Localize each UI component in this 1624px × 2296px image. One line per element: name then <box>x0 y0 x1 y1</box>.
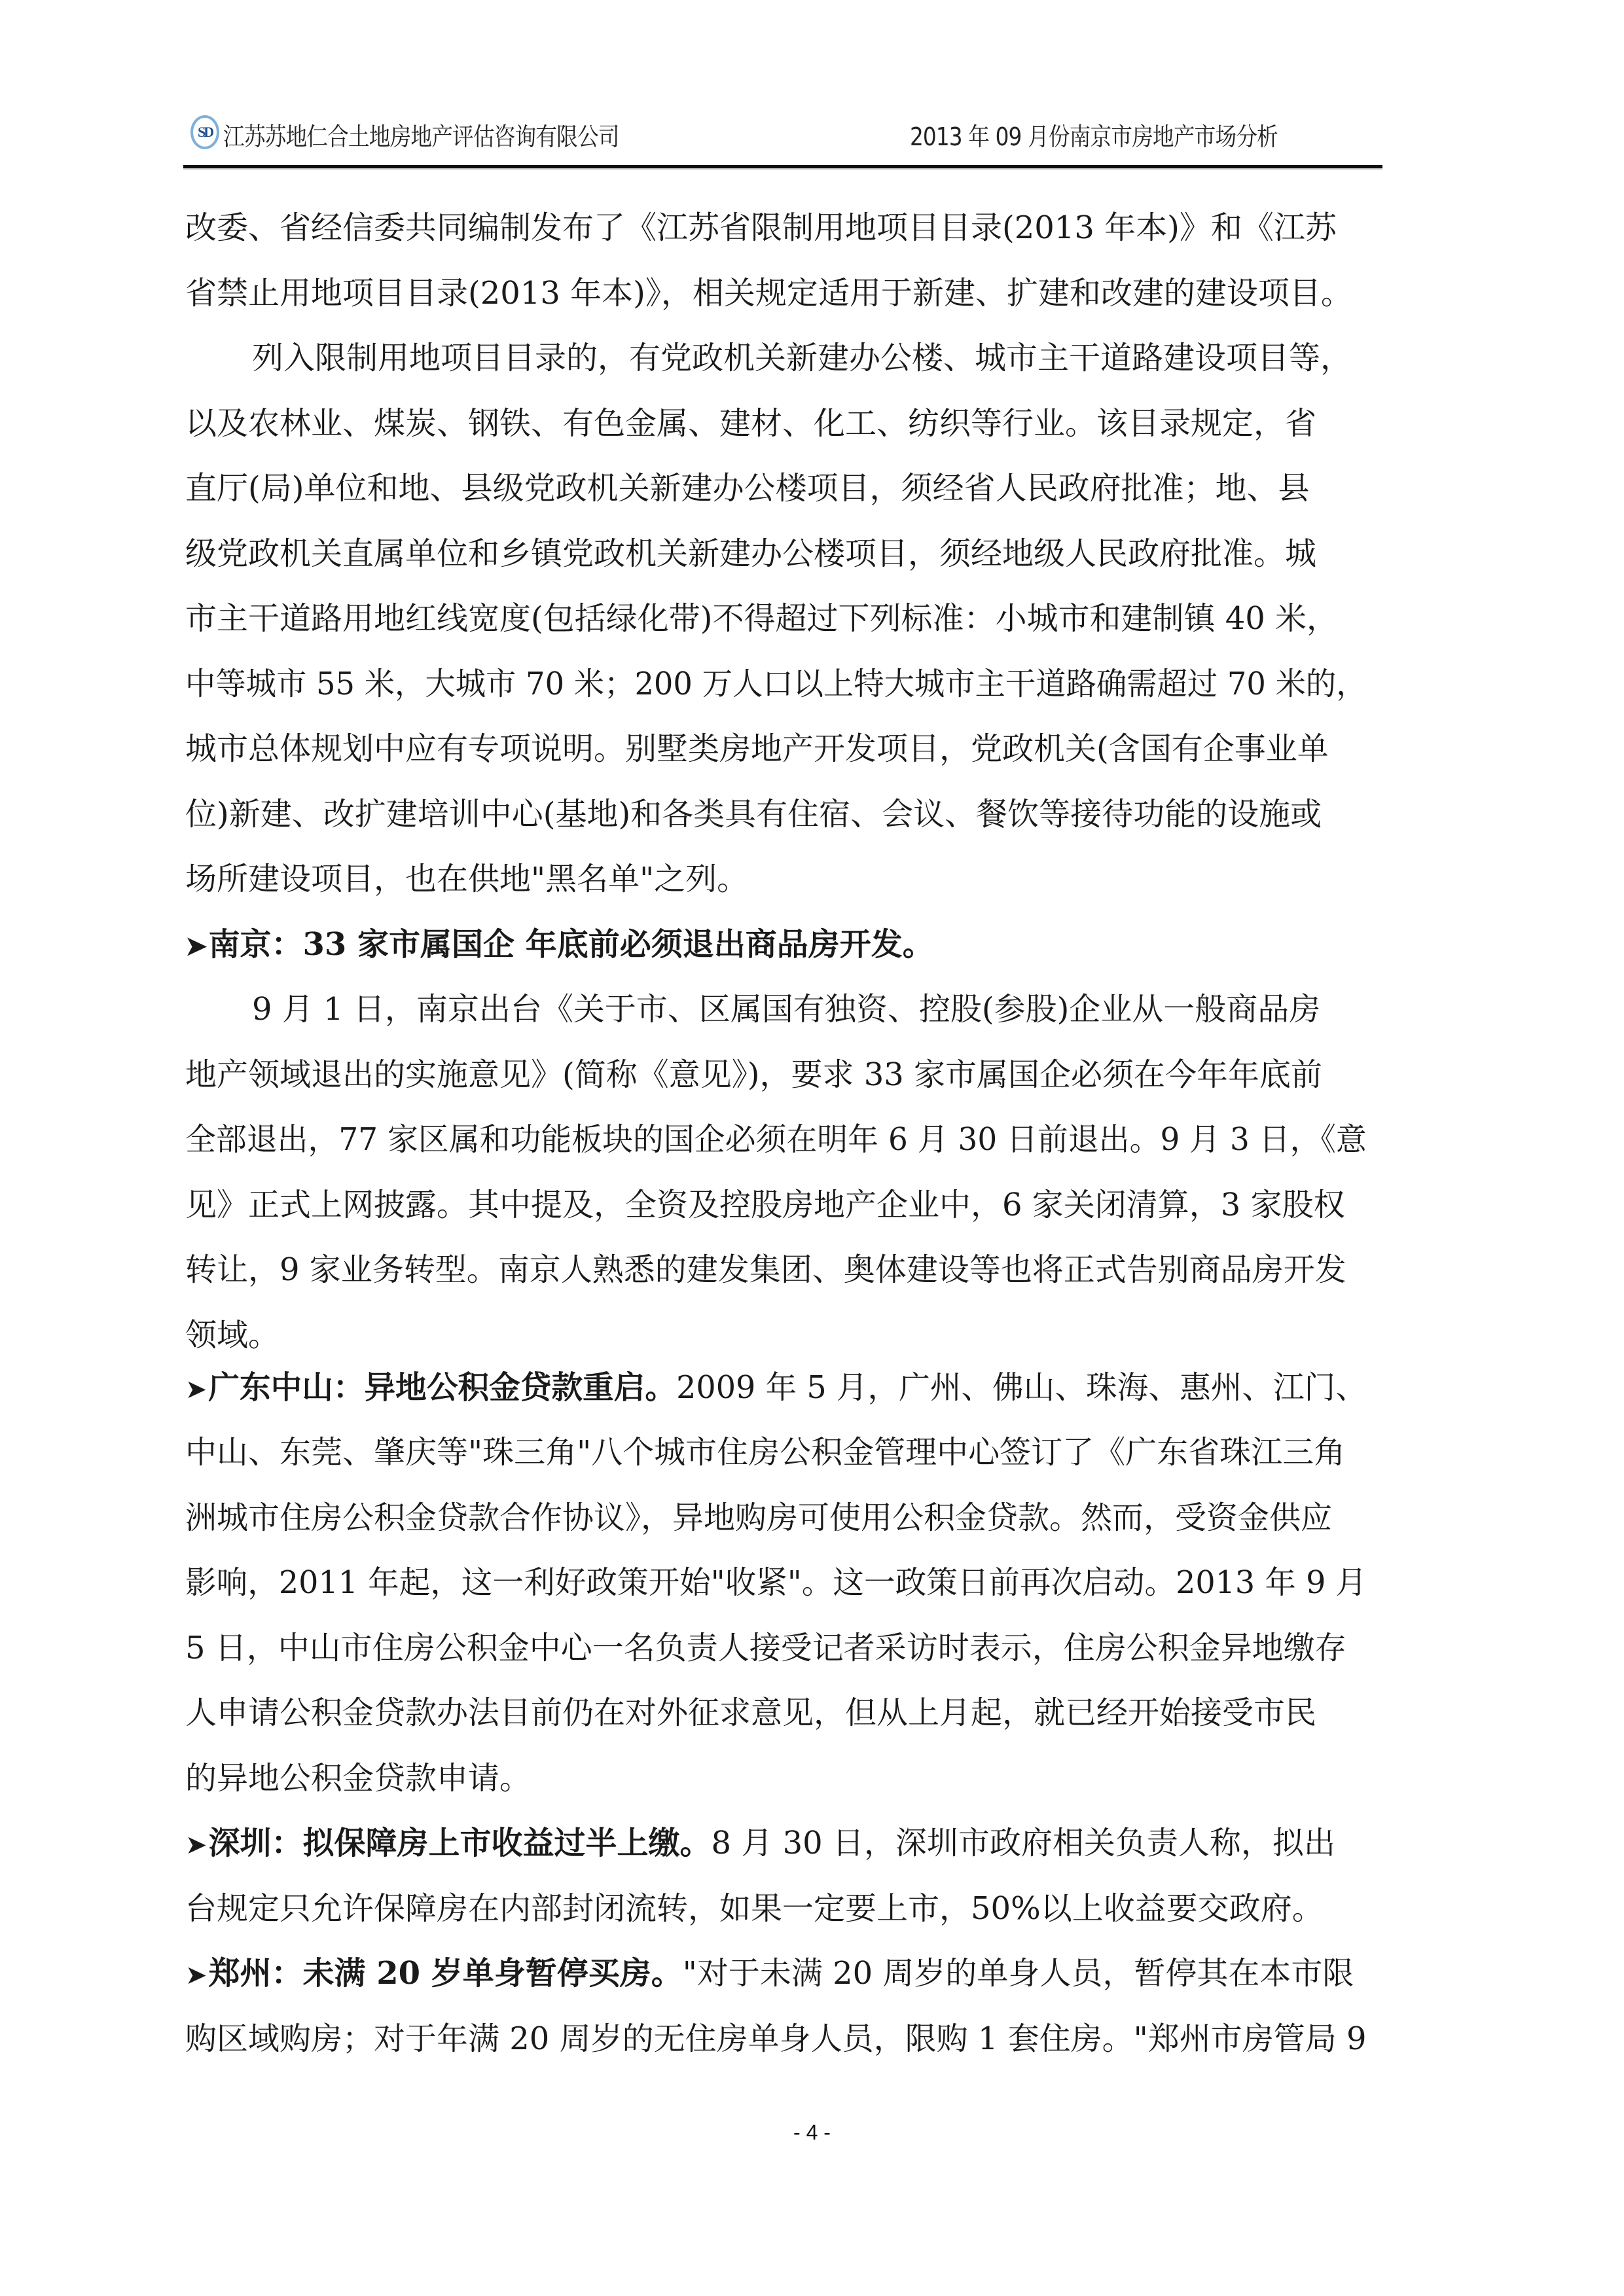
page-header: SD 江苏苏地仁合土地房地产评估咨询有限公司 2013 年 09 月份南京市房地… <box>185 110 1383 156</box>
page-number: - 4 - <box>0 2121 1624 2145</box>
body-line: 位)新建、改扩建培训中心(基地)和各类具有住宿、会议、餐饮等接待功能的设施或 <box>185 791 1367 856</box>
body-line: 人申请公积金贷款办法目前仍在对外征求意见，但从上月起，就已经开始接受市民 <box>185 1689 1367 1755</box>
section-heading-zhengzhou: ➤郑州：未满 20 岁单身暂停买房。"对于未满 20 周岁的单身人员，暂停其在本… <box>185 1950 1367 2015</box>
body-line: 台规定只允许保障房在内部封闭流转，如果一定要上市，50%以上收益要交政府。 <box>185 1885 1367 1950</box>
section-heading-zhongshan: ➤广东中山：异地公积金贷款重启。2009 年 5 月，广州、佛山、珠海、惠州、江… <box>185 1364 1358 1429</box>
body-line: 改委、省经信委共同编制发布了《江苏省限制用地项目目录(2013 年本)》和《江苏 <box>185 204 1367 270</box>
heading-rest: 8 月 30 日，深圳市政府相关负责人称，拟出 <box>712 1825 1335 1861</box>
report-title: 2013 年 09 月份南京市房地产市场分析 <box>910 117 1278 152</box>
heading-text: 广东中山：异地公积金贷款重启。 <box>208 1369 676 1406</box>
heading-rest: 2009 年 5 月，广州、佛山、珠海、惠州、江门、 <box>676 1369 1367 1406</box>
body-line: 9 月 1 日，南京出台《关于市、区属国有独资、控股(参股)企业从一般商品房 <box>185 986 1367 1051</box>
body-line: 级党政机关直属单位和乡镇党政机关新建办公楼项目，须经地级人民政府批准。城 <box>185 530 1367 596</box>
body-line: 洲城市住房公积金贷款合作协议》，异地购房可使用公积金贷款。然而，受资金供应 <box>185 1494 1367 1560</box>
arrow-bullet-icon: ➤ <box>185 1952 208 1999</box>
section-heading-nanjing: ➤南京：33 家市属国企 年底前必须退出商品房开发。 <box>185 921 1367 986</box>
company-logo-icon: SD <box>190 115 219 149</box>
body-line: 领域。 <box>185 1312 1367 1364</box>
body-line: 见》正式上网披露。其中提及，全资及控股房地产企业中，6 家关闭清算，3 家股权 <box>185 1181 1367 1247</box>
heading-rest: "对于未满 20 周岁的单身人员，暂停其在本市限 <box>683 1955 1354 1992</box>
body-line: 城市总体规划中应有专项说明。别墅类房地产开发项目，党政机关(含国有企事业单 <box>185 725 1367 791</box>
body-line: 市主干道路用地红线宽度(包括绿化带)不得超过下列标准：小城市和建制镇 40 米， <box>185 595 1367 660</box>
arrow-bullet-icon: ➤ <box>185 1366 207 1413</box>
body-line: 5 日，中山市住房公积金中心一名负责人接受记者采访时表示，住房公积金异地缴存 <box>185 1624 1367 1690</box>
body-line: 列入限制用地项目目录的，有党政机关新建办公楼、城市主干道路建设项目等， <box>185 334 1367 400</box>
body-line: 地产领域退出的实施意见》(简称《意见》)，要求 33 家市属国企必须在今年年底前 <box>185 1051 1367 1117</box>
arrow-bullet-icon: ➤ <box>185 1821 208 1869</box>
body-line: 以及农林业、煤炭、钢铁、有色金属、建材、化工、纺织等行业。该目录规定，省 <box>185 400 1367 465</box>
header-divider <box>183 165 1382 170</box>
company-name: 江苏苏地仁合土地房地产评估咨询有限公司 <box>223 117 619 152</box>
body-line: 中等城市 55 米，大城市 70 米；200 万人口以上特大城市主干道路确需超过… <box>185 660 1326 726</box>
section-heading-shenzhen: ➤深圳：拟保障房上市收益过半上缴。8 月 30 日，深圳市政府相关负责人称，拟出 <box>185 1820 1367 1885</box>
body-line: 直厅(局)单位和地、县级党政机关新建办公楼项目，须经省人民政府批准；地、县 <box>185 465 1367 530</box>
body-line: 中山、东莞、肇庆等"珠三角"八个城市住房公积金管理中心签订了《广东省珠江三角 <box>185 1429 1367 1494</box>
heading-text: 深圳：拟保障房上市收益过半上缴。 <box>209 1825 712 1861</box>
heading-text: 南京：33 家市属国企 年底前必须退出商品房开发。 <box>209 926 934 963</box>
body-line: 购区域购房；对于年满 20 周岁的无住房单身人员，限购 1 套住房。"郑州市房管… <box>185 2015 1367 2081</box>
body-line: 转让，9 家业务转型。南京人熟悉的建发集团、奥体建设等也将正式告别商品房开发 <box>185 1246 1367 1312</box>
arrow-bullet-icon: ➤ <box>185 923 208 970</box>
heading-text: 郑州：未满 20 岁单身暂停买房。 <box>209 1955 683 1992</box>
body-line: 省禁止用地项目目录(2013 年本)》，相关规定适用于新建、扩建和改建的建设项目… <box>185 270 1367 335</box>
document-body: 改委、省经信委共同编制发布了《江苏省限制用地项目目录(2013 年本)》和《江苏… <box>185 204 1367 2080</box>
body-line: 全部退出，77 家区属和功能板块的国企必须在明年 6 月 30 日前退出。9 月… <box>185 1116 1339 1181</box>
body-line: 的异地公积金贷款申请。 <box>185 1755 1367 1820</box>
body-line: 影响，2011 年起，这一利好政策开始"收紧"。这一政策日前再次启动。2013 … <box>185 1559 1357 1624</box>
body-line: 场所建设项目，也在供地"黑名单"之列。 <box>185 855 1367 921</box>
